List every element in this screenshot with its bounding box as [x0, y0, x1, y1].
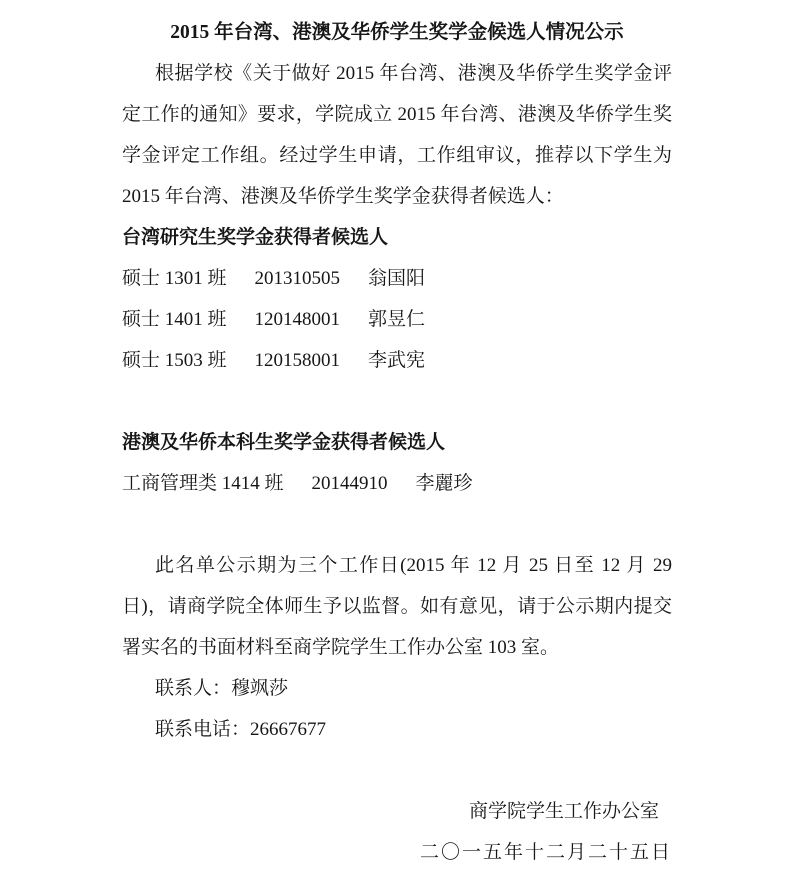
contact-person-label: 联系人： [155, 678, 231, 699]
signature-block: 商学院学生工作办公室 二〇一五年十二月二十五日 [122, 791, 672, 873]
candidate-row: 工商管理类 1414 班 20144910 李麗珍 [122, 463, 672, 504]
candidate-class: 工商管理类 1414 班 [122, 463, 284, 504]
candidate-student-id: 120158001 [255, 340, 341, 381]
contact-phone-line: 联系电话：26667677 [122, 709, 672, 750]
candidate-name: 李武宪 [368, 340, 425, 381]
candidate-name: 郭昱仁 [368, 299, 425, 340]
notice-paragraph: 此名单公示期为三个工作日(2015 年 12 月 25 日至 12 月 29 日… [122, 545, 672, 668]
candidate-name: 翁国阳 [368, 258, 425, 299]
candidate-row: 硕士 1401 班 120148001 郭昱仁 [122, 299, 672, 340]
candidate-student-id: 120148001 [255, 299, 341, 340]
candidate-name: 李麗珍 [416, 463, 473, 504]
candidate-student-id: 20144910 [312, 463, 388, 504]
signature-date: 二〇一五年十二月二十五日 [122, 832, 672, 873]
contact-person-name: 穆飒莎 [231, 678, 288, 699]
section-heading-taiwan-graduate: 台湾研究生奖学金获得者候选人 [122, 217, 672, 258]
candidate-class: 硕士 1301 班 [122, 258, 227, 299]
candidate-class: 硕士 1401 班 [122, 299, 227, 340]
contact-phone-label: 联系电话： [155, 719, 250, 740]
candidate-row: 硕士 1503 班 120158001 李武宪 [122, 340, 672, 381]
intro-paragraph: 根据学校《关于做好 2015 年台湾、港澳及华侨学生奖学金评定工作的通知》要求，… [122, 53, 672, 217]
candidate-row: 硕士 1301 班 201310505 翁国阳 [122, 258, 672, 299]
document-title: 2015 年台湾、港澳及华侨学生奖学金候选人情况公示 [122, 12, 672, 53]
candidate-class: 硕士 1503 班 [122, 340, 227, 381]
signature-department: 商学院学生工作办公室 [122, 791, 672, 832]
document-page: 2015 年台湾、港澳及华侨学生奖学金候选人情况公示 根据学校《关于做好 201… [0, 0, 793, 892]
candidate-student-id: 201310505 [255, 258, 341, 299]
contact-person-line: 联系人：穆飒莎 [122, 668, 672, 709]
section-heading-hkmo-undergraduate: 港澳及华侨本科生奖学金获得者候选人 [122, 422, 672, 463]
contact-phone-number: 26667677 [250, 719, 326, 740]
